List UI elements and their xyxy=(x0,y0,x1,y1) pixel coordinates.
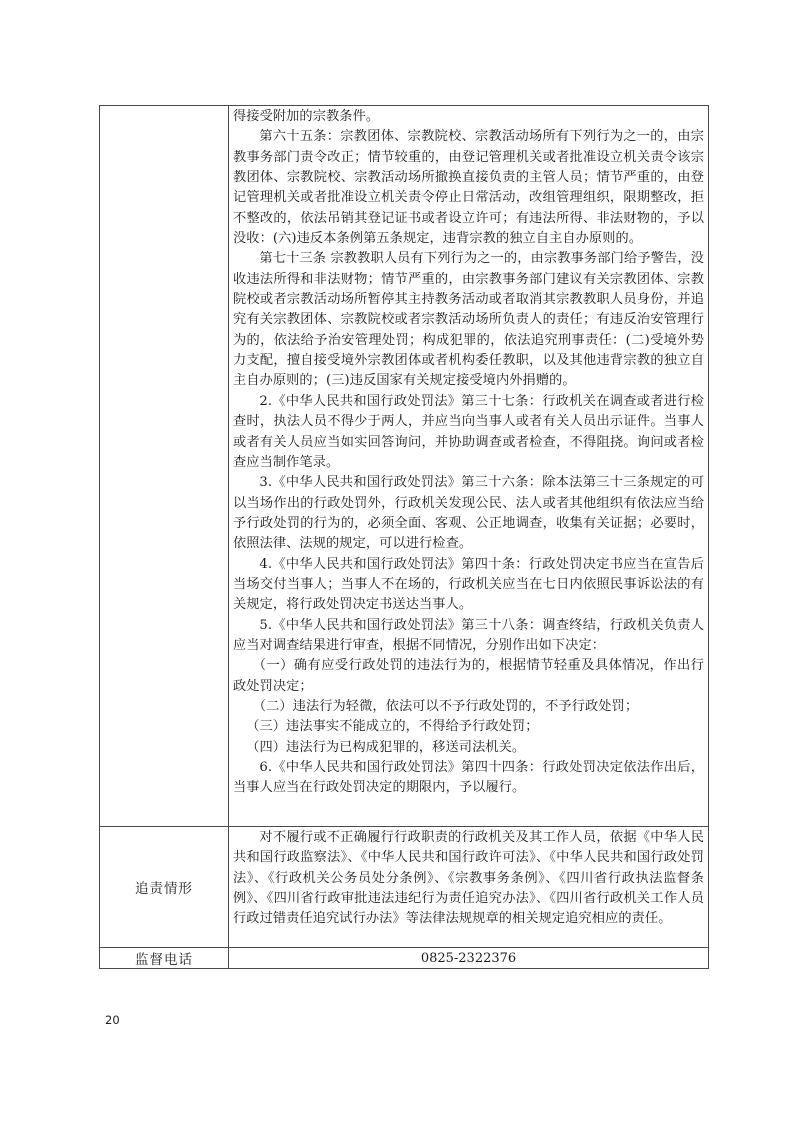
paragraph: （四）违法行为已构成犯罪的，移送司法机关。 xyxy=(233,738,704,758)
paragraph: 2.《中华人民共和国行政处罚法》第三十七条：行政机关在调查或者进行检查时，执法人… xyxy=(233,392,704,473)
row-content-cell: 得接受附加的宗教条件。 第六十五条：宗教团体、宗教院校、宗教活动场所有下列行为之… xyxy=(229,106,709,827)
supervision-phone-value: 0825-2322376 xyxy=(229,948,709,969)
paragraph: 5.《中华人民共和国行政处罚法》第三十八条：调查终结，行政机关负责人应当对调查结… xyxy=(233,616,704,657)
paragraph: 3.《中华人民共和国行政处罚法》第三十六条：除本法第三十三条规定的可以当场作出的… xyxy=(233,473,704,554)
paragraph: 对不履行或不正确履行行政职责的行政机关及其工作人员，依据《中华人民共和国行政监察… xyxy=(233,828,704,930)
table-row-legal-basis: 得接受附加的宗教条件。 第六十五条：宗教团体、宗教院校、宗教活动场所有下列行为之… xyxy=(100,106,709,827)
table-row-phone: 监督电话 0825-2322376 xyxy=(100,948,709,969)
paragraph: （一）确有应受行政处罚的违法行为的，根据情节轻重及具体情况，作出行政处罚决定； xyxy=(233,656,704,697)
row-label-phone: 监督电话 xyxy=(100,948,229,969)
row-label-cell xyxy=(100,106,229,827)
row-content-cell: 对不履行或不正确履行行政职责的行政机关及其工作人员，依据《中华人民共和国行政监察… xyxy=(229,827,709,948)
paragraph: 第七十三条 宗教教职人员有下列行为之一的，由宗教事务部门给予警告，没收违法所得和… xyxy=(233,249,704,391)
info-table: 得接受附加的宗教条件。 第六十五条：宗教团体、宗教院校、宗教活动场所有下列行为之… xyxy=(99,105,709,969)
paragraph: 6.《中华人民共和国行政处罚法》第四十四条：行政处罚决定依法作出后，当事人应当在… xyxy=(233,758,704,799)
paragraph: （二）违法行为轻微，依法可以不予行政处罚的，不予行政处罚； xyxy=(233,697,704,717)
paragraph: 第六十五条：宗教团体、宗教院校、宗教活动场所有下列行为之一的，由宗教事务部门责令… xyxy=(233,127,704,249)
paragraph: 得接受附加的宗教条件。 xyxy=(233,107,704,127)
page-number: 20 xyxy=(105,1013,120,1027)
row-label-accountability: 追责情形 xyxy=(100,827,229,948)
paragraph: 4.《中华人民共和国行政处罚法》第四十条：行政处罚决定书应当在宣告后当场交付当事… xyxy=(233,555,704,616)
paragraph: （三）违法事实不能成立的，不得给予行政处罚； xyxy=(233,717,704,737)
table-row-accountability: 追责情形 对不履行或不正确履行行政职责的行政机关及其工作人员，依据《中华人民共和… xyxy=(100,827,709,948)
